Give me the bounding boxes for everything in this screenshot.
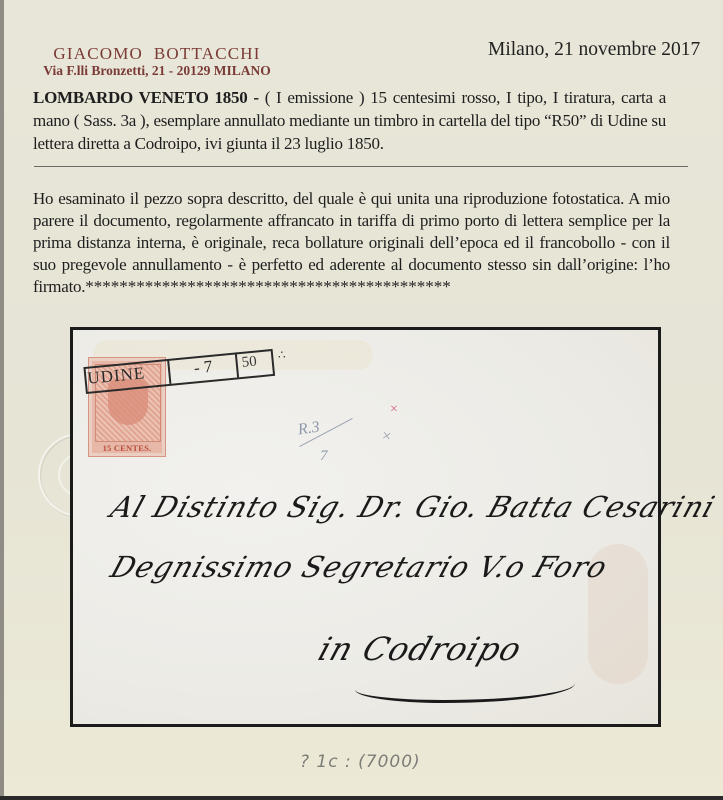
company-address: Via F.lli Bronzetti, 21 - 20129 MILANO <box>41 63 273 79</box>
pencil-mark-r: R.3 <box>297 419 321 440</box>
postmark-divider <box>235 352 239 377</box>
red-cross-mark: × <box>390 402 398 418</box>
expert-opinion: Ho esaminato il pezzo sopra descritto, d… <box>33 188 670 298</box>
page-bottom-edge <box>0 796 723 800</box>
postmark-divider <box>167 359 171 384</box>
postmark-dots: ∴ <box>278 348 287 363</box>
address-line-2: Degnissimo Segretario V.o Foro <box>106 550 612 584</box>
address-line-1: Al Distinto Sig. Dr. Gio. Batta Cesarini <box>106 490 719 524</box>
company-name: GIACOMO BOTTACCHI <box>52 44 262 64</box>
stamp-value: 15 CENTES. <box>93 443 161 453</box>
certificate-date: Milano, 21 novembre 2017 <box>488 39 700 61</box>
postmark-year: 50 <box>241 354 258 372</box>
pencil-catalog-note: ? 1c : (7000) <box>300 752 421 772</box>
pencil-mark-seven: 7 <box>320 448 328 465</box>
postmark-city: UDINE <box>87 363 147 388</box>
address-line-3: in Codroipo <box>314 630 527 668</box>
opinion-asterisks: ****************************************… <box>85 277 451 296</box>
item-description: LOMBARDO VENETO 1850 - ( I emissione ) 1… <box>33 86 666 155</box>
certificate-page: GIACOMO BOTTACCHI Via F.lli Bronzetti, 2… <box>0 0 723 800</box>
postmark-date: - 7 <box>193 357 213 379</box>
page-left-edge <box>0 0 4 800</box>
separator-line <box>34 166 688 167</box>
item-title: LOMBARDO VENETO 1850 - <box>33 88 259 107</box>
